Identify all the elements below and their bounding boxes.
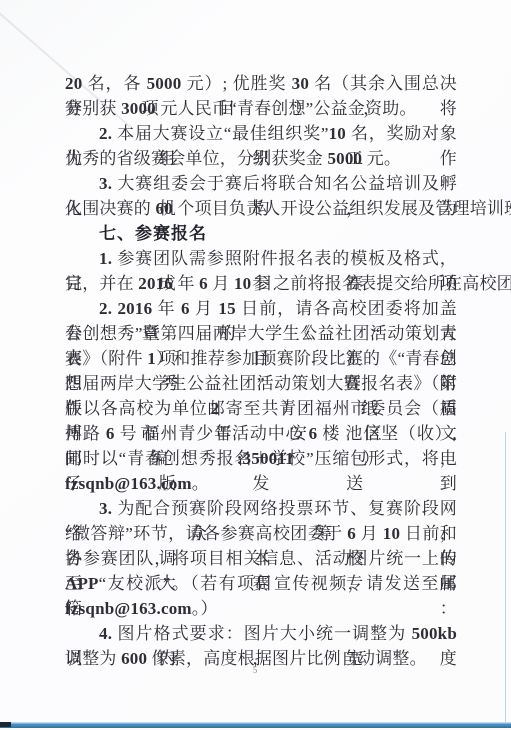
text-line: 1. 参赛团队需参照附件报名表的模板及格式，完成参赛项 xyxy=(65,246,457,271)
text-line: 入围决赛的 60 个项目负责人开设公益组织发展及管理培训班。 xyxy=(65,196,457,221)
text-line: 4. 图片格式要求：图片大小统一调整为 500kb 以内，宽度 xyxy=(65,621,457,646)
text-line: 目，并在 2016 年 6 月 10 日之前将报名表提交给所在高校团委。 xyxy=(65,271,457,296)
scanned-document-page: 20 名，各 5000 元）; 优胜奖 30 名（其余入围总决赛项目），将 分别… xyxy=(0,0,511,730)
scan-artifact-right-edge-line xyxy=(505,432,506,722)
text-line: 表》（附件 1）和推荐参加预赛阶段比赛的《“青春创想秀”暨第 xyxy=(65,346,457,371)
text-line: “微答辩”环节，请各参赛高校团委于 6 月 10 日前，协调本校的 xyxy=(65,521,457,546)
text-line: 版以各高校为单位邮寄至共青团福州市委员会（福州市晋安区文 xyxy=(65,396,457,421)
bottom-bar-left-dark-cap xyxy=(0,722,11,727)
text-line: 分别获 3000 元人民币“青春创想”公益金资助。 xyxy=(65,96,457,121)
text-line: 20 名，各 5000 元）; 优胜奖 30 名（其余入围总决赛项目），将 xyxy=(65,71,457,96)
text-line: 2. 2016 年 6 月 15 日前，请各高校团委将加盖公章的《“青 xyxy=(65,296,457,321)
bottom-blue-bar xyxy=(0,722,511,728)
text-line: 2. 本届大赛设立“最佳组织奖”10 名，奖励对象为组织工作 xyxy=(65,121,457,146)
section-heading: 七、参赛报名 xyxy=(65,221,457,246)
text-line: 优秀的省级赛会单位，分别获奖金 5000 元。 xyxy=(65,146,457,171)
page-number: 5 xyxy=(0,665,511,675)
text-line: 3. 大赛组委会于赛后将联合知名公益培训及孵化机构，为 xyxy=(65,171,457,196)
document-body: 20 名，各 5000 元）; 优胜奖 30 名（其余入围总决赛项目），将 分别… xyxy=(65,71,457,671)
text-line: 3. 为配合预赛阶段网络投票环节、复赛阶段网络众筹和 xyxy=(65,496,457,521)
text-line: APP“友校派”。（若有项目宣传视频，请发送至邮箱： xyxy=(65,571,457,596)
text-line: 春创想秀”暨第四届两岸大学生公益社团活动策划大赛项目汇总 xyxy=(65,321,457,346)
text-line: 博路 6 号 福州青少年活动中心 6 楼 池信坚（收）,邮编:350011）， xyxy=(65,421,457,446)
text-line: 四届两岸大学生公益社团活动策划大赛报名表》（附件 2）纸质 xyxy=(65,371,457,396)
text-line: 同时以“青春创想秀报名＋学校”压缩包形式，将电子版发送到 xyxy=(65,446,457,471)
text-line: 各参赛团队，将项目相关信息、活动图片统一上传至大赛专属 xyxy=(65,546,457,571)
